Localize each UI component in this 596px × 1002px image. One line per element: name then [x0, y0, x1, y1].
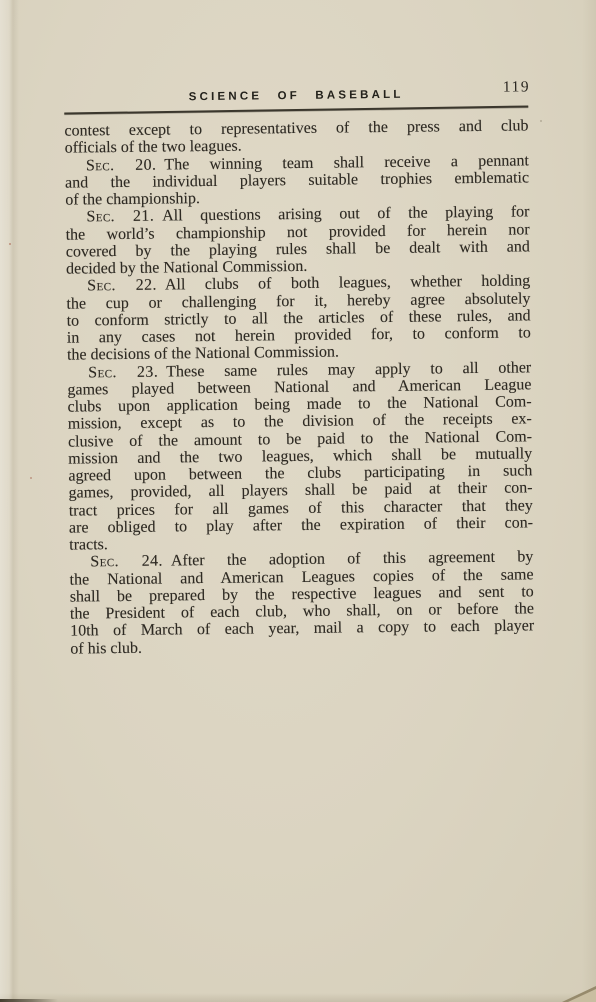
paper-speck: [9, 243, 11, 245]
page-header: SCIENCE OF BASEBALL 119: [64, 83, 528, 108]
text-block: contest except to representatives of the…: [64, 118, 534, 658]
section-label: Sec. 23.: [88, 363, 158, 381]
page-number: 119: [503, 78, 530, 96]
corner-fold: [568, 989, 596, 1002]
section-label: Sec. 21.: [86, 208, 154, 226]
paper-speck: [540, 120, 542, 122]
book-page: { "page": { "header": { "title": "SCIENC…: [0, 0, 596, 1002]
section-label: Sec. 22.: [87, 277, 157, 295]
paper-speck: [30, 477, 32, 479]
section-label: Sec. 20.: [86, 156, 157, 174]
page-content: SCIENCE OF BASEBALL 119 contest except t…: [64, 83, 534, 657]
section-label: Sec. 24.: [90, 553, 163, 571]
running-title: SCIENCE OF BASEBALL: [64, 83, 528, 108]
